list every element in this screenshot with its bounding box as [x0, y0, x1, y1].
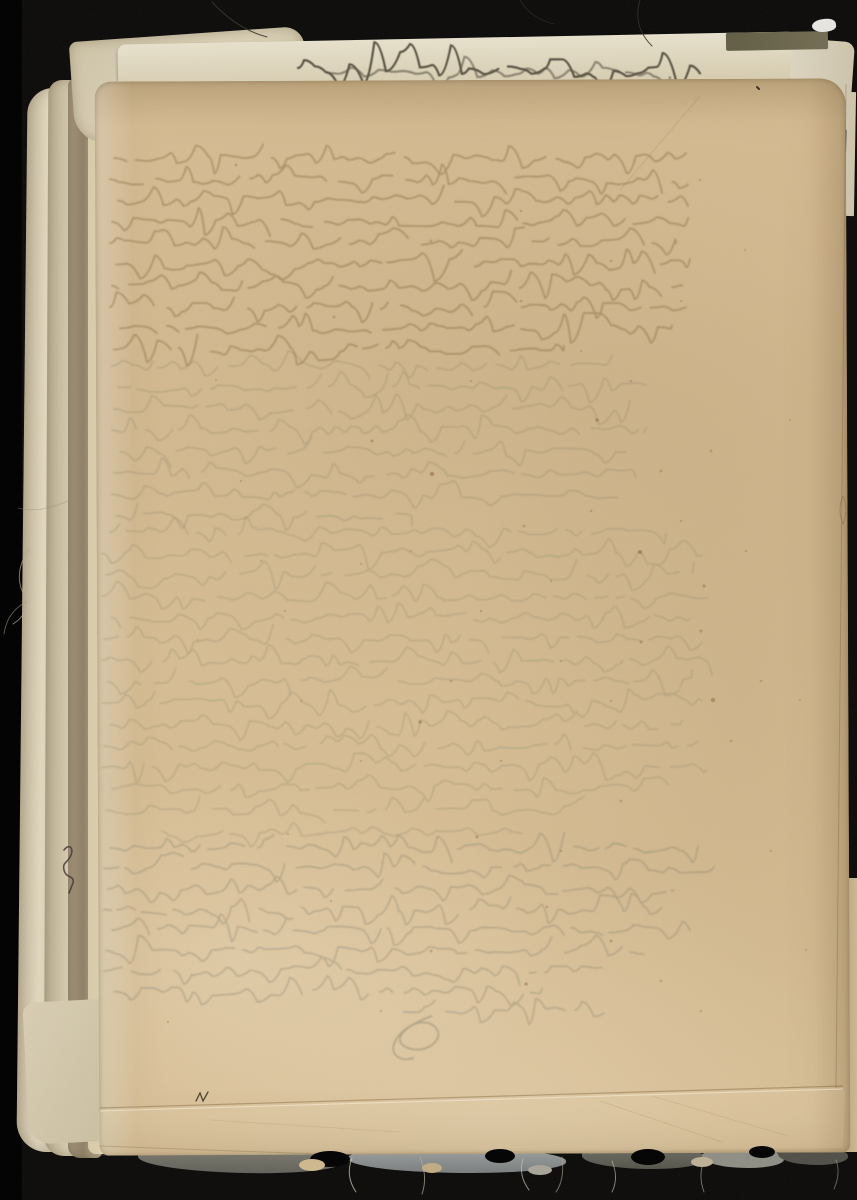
main-page: [95, 78, 851, 1155]
manuscript-scan: [0, 0, 857, 1200]
right-edge-paper-sliver: [845, 92, 856, 216]
binding-olive-strip: [726, 31, 828, 51]
